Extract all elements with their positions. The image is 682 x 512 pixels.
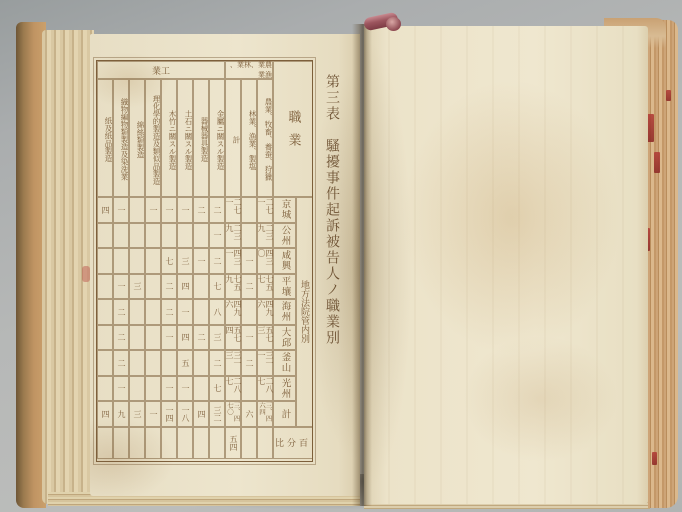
tassel-knot-end (386, 17, 401, 31)
left-page: 工業農業、林業、漁業職業紙及紙品製造織物編物類製造及染洗業綿絲類製造理化學的製造… (90, 34, 360, 496)
percent-cell (145, 427, 161, 459)
percent-cell (161, 427, 177, 459)
table-cell (161, 350, 177, 376)
table-cell (129, 248, 145, 274)
table-cell (241, 197, 257, 223)
column-header: 理化學的製造及類似品製造 (145, 79, 161, 197)
table-cell (145, 223, 161, 249)
table-cell: 二七一 (257, 197, 273, 223)
corner-label-occupation: 職業 (273, 61, 313, 197)
table-cell: 二 (209, 197, 225, 223)
red-edge-mark (666, 90, 671, 101)
table-cell: 四 (193, 401, 209, 427)
table-cell: 四三〇 (257, 248, 273, 274)
table-cell (145, 299, 161, 325)
column-header: 金屬ニ關スル製造 (209, 79, 225, 197)
table-cell: 二八七 (257, 376, 273, 402)
table-grid: 工業農業、林業、漁業職業紙及紙品製造織物編物類製造及染洗業綿絲類製造理化學的製造… (97, 61, 312, 461)
table-cell: 一 (145, 401, 161, 427)
row-label: 海州 (273, 299, 296, 325)
table-cell: 三 (209, 325, 225, 351)
table-cell (129, 350, 145, 376)
table-cell: 一 (241, 325, 257, 351)
table-cell: 七五九 (225, 274, 241, 300)
table-cell: 二 (241, 350, 257, 376)
table-cell: 一 (161, 325, 177, 351)
table-cell: 二 (209, 350, 225, 376)
table-cell: 一 (177, 299, 193, 325)
red-edge-mark (652, 452, 657, 465)
table-cell (145, 350, 161, 376)
table-cell (97, 274, 113, 300)
table-cell (193, 376, 209, 402)
percent-cell (97, 427, 113, 459)
table-cell: 二七一 (225, 197, 241, 223)
table-cell: 四 (177, 325, 193, 351)
binding-tassel (360, 9, 404, 33)
percent-row-label: 百分比 (273, 427, 313, 459)
table-cell: 一 (177, 197, 193, 223)
table-cell (97, 223, 113, 249)
table-cell: 二 (113, 350, 129, 376)
table-cell: 四九六 (225, 299, 241, 325)
book-gutter (352, 24, 372, 506)
column-header: 土石ニ關スル製造 (177, 79, 193, 197)
occupations-table: 工業農業、林業、漁業職業紙及紙品製造織物編物類製造及染洗業綿絲類製造理化學的製造… (96, 60, 313, 462)
right-page-blank (364, 26, 648, 504)
table-cell: 三 (129, 401, 145, 427)
table-cell: 四 (97, 197, 113, 223)
table-cell: 五七三 (257, 325, 273, 351)
table-cell: 三、四七〇 (225, 401, 241, 427)
table-cell: 一 (113, 274, 129, 300)
red-edge-mark (647, 114, 654, 142)
table-cell: 六 (241, 401, 257, 427)
table-cell: 二 (161, 299, 177, 325)
row-axis-label: 地方法院管内別 (296, 197, 313, 427)
table-cell (97, 299, 113, 325)
photo-of-open-book: { "photo": { "backdrop_color": "#b2b4b3"… (0, 0, 682, 512)
table-cell: 九 (113, 401, 129, 427)
percent-cell (129, 427, 145, 459)
table-cell (145, 325, 161, 351)
percent-cell (209, 427, 225, 459)
column-header: 木竹ニ關スル製造 (161, 79, 177, 197)
table-cell: 五 (177, 350, 193, 376)
table-cell (113, 223, 129, 249)
table-cell: 五七四 (225, 325, 241, 351)
table-cell: 七 (161, 248, 177, 274)
percent-cell (113, 427, 129, 459)
percent-cell (193, 427, 209, 459)
table-cell: 四 (177, 274, 193, 300)
table-cell: 一 (241, 248, 257, 274)
percent-cell (257, 427, 273, 459)
table-cell: 一 (193, 248, 209, 274)
table-cell: 三一一 (257, 350, 273, 376)
table-cell: 二八七 (225, 376, 241, 402)
table-cell: 一 (113, 197, 129, 223)
row-label: 計 (273, 401, 296, 427)
table-cell: 七 (209, 376, 225, 402)
column-header: 紙及紙品製造 (97, 79, 113, 197)
row-label: 大邱 (273, 325, 296, 351)
table-cell: 二 (209, 248, 225, 274)
table-cell (145, 376, 161, 402)
table-cell (97, 350, 113, 376)
book: 工業農業、林業、漁業職業紙及紙品製造織物編物類製造及染洗業綿絲類製造理化學的製造… (8, 4, 672, 506)
column-header: 織物編物類製造及染洗業 (113, 79, 129, 197)
table-cell (193, 223, 209, 249)
row-label: 咸興 (273, 248, 296, 274)
row-label: 光州 (273, 376, 296, 402)
table-cell: 四 (97, 401, 113, 427)
table-cell (241, 299, 257, 325)
row-label: 公州 (273, 223, 296, 249)
fore-edge-page-stack (648, 20, 678, 508)
row-label: 京城 (273, 197, 296, 223)
table-cell (129, 223, 145, 249)
page-title: 第三表 騷擾事件起訴被告人ノ職業別 (312, 74, 340, 374)
table-cell (129, 325, 145, 351)
table-cell: 三二 (209, 401, 225, 427)
table-cell: 二 (193, 325, 209, 351)
table-cell: 一 (177, 376, 193, 402)
table-cell (129, 197, 145, 223)
table-cell: 八 (209, 299, 225, 325)
column-header: 綿絲類製造 (129, 79, 145, 197)
table-cell (177, 223, 193, 249)
table-cell (193, 274, 209, 300)
percent-cell: 五四 (225, 427, 241, 459)
percent-cell (241, 427, 257, 459)
group-header-industry: 工業 (97, 61, 225, 79)
table-cell: 二 (193, 197, 209, 223)
row-label: 平壤 (273, 274, 296, 300)
table-cell (145, 274, 161, 300)
table-cell: 二 (241, 274, 257, 300)
table-cell (97, 376, 113, 402)
table-cell: 七五七 (257, 274, 273, 300)
table-cell: 一 (209, 223, 225, 249)
table-cell: 四三一 (225, 248, 241, 274)
table-cell: 一 (161, 376, 177, 402)
table-cell: 二 (113, 299, 129, 325)
table-cell (241, 376, 257, 402)
table-cell (97, 325, 113, 351)
table-cell (193, 350, 209, 376)
table-cell: 一 (161, 197, 177, 223)
table-cell: 二三九 (225, 223, 241, 249)
table-cell (129, 299, 145, 325)
table-cell (161, 223, 177, 249)
table-cell: 一 (145, 197, 161, 223)
table-cell: 一 (113, 376, 129, 402)
table-cell: 三 (129, 274, 145, 300)
table-cell: 二三九 (257, 223, 273, 249)
red-smudge (82, 266, 90, 282)
table-cell: 一八 (177, 401, 193, 427)
table-cell (113, 248, 129, 274)
red-edge-mark (654, 152, 660, 173)
table-cell (97, 248, 113, 274)
table-cell: 三一三 (225, 350, 241, 376)
table-cell: 二 (113, 325, 129, 351)
group-header-agriculture: 農業、林業、漁業 (225, 61, 273, 79)
table-cell (241, 223, 257, 249)
percent-cell (177, 427, 193, 459)
table-cell: 一四 (161, 401, 177, 427)
column-header: 林業、漁業、製塩 (241, 79, 257, 197)
row-label: 釜山 (273, 350, 296, 376)
column-header: 農業、牧畜、養蚕、狩獵 (257, 79, 273, 197)
table-cell: 七 (209, 274, 225, 300)
table-cell (129, 376, 145, 402)
table-cell: 二 (161, 274, 177, 300)
column-header: 計 (225, 79, 241, 197)
column-header: 器械器具製造 (193, 79, 209, 197)
table-cell: 三、四六四 (257, 401, 273, 427)
table-cell (193, 299, 209, 325)
table-cell: 四九六 (257, 299, 273, 325)
table-cell: 三 (177, 248, 193, 274)
table-cell (145, 248, 161, 274)
